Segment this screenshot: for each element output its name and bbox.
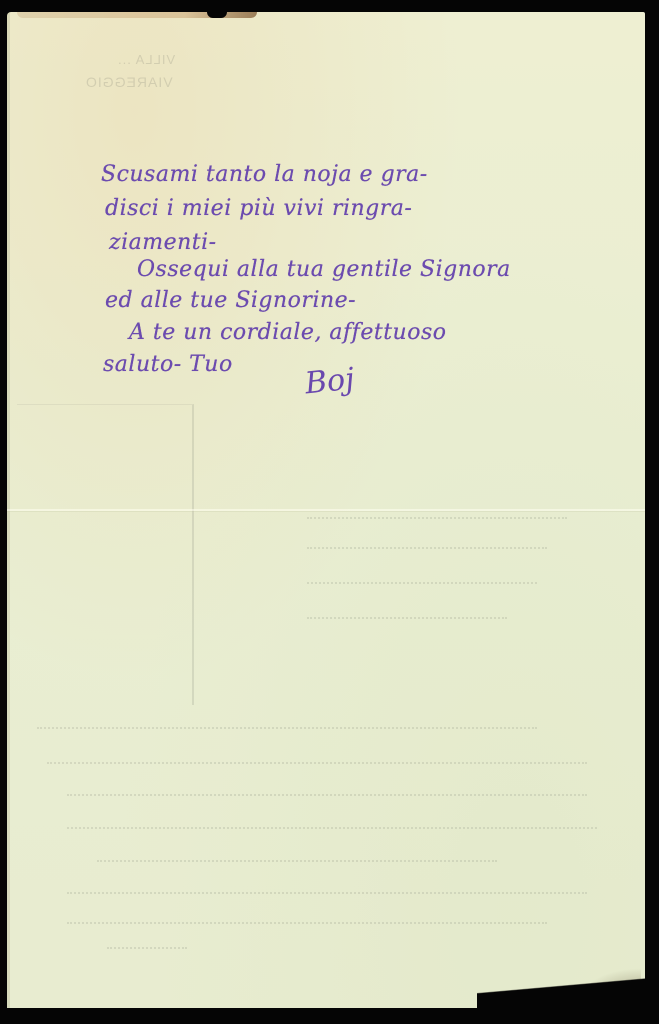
reverse-side-bleed-line <box>97 860 497 863</box>
letter-line-6: A te un cordiale, affettuoso <box>129 320 446 345</box>
letter-line-1: Scusami tanto la noja e gra- <box>101 162 428 187</box>
reverse-side-bleed-line <box>67 892 587 895</box>
letter-line-5: ed alle tue Signorine- <box>105 288 356 313</box>
letter-line-4: Ossequi alla tua gentile Signora <box>137 257 511 282</box>
letterhead-bleed-line-1: VILLA ... <box>117 52 175 67</box>
reverse-side-bleed-line <box>67 794 587 797</box>
reverse-side-bleed-line <box>47 762 587 765</box>
letter-line-2: disci i miei più vivi ringra- <box>105 196 412 221</box>
letter-line-3: ziamenti- <box>109 230 217 255</box>
letterhead-bleed-line-2: VIAREGGIO <box>85 74 173 90</box>
reverse-side-bleed-line <box>37 727 537 730</box>
reverse-side-bleed-line <box>67 922 547 925</box>
reverse-side-bleed-line <box>307 582 537 585</box>
reverse-side-bleed-line <box>307 517 567 520</box>
letter-page: VILLA ... VIAREGGIO Scusami tanto la noj… <box>7 12 645 1008</box>
paper-fold-crease <box>7 509 645 511</box>
reverse-side-bleed-line <box>107 947 187 950</box>
reverse-side-bleed-line <box>307 547 547 550</box>
reverse-side-bleed-line <box>307 617 507 620</box>
top-edge-tear <box>207 12 227 18</box>
letter-line-7: saluto- Tuo <box>103 352 233 377</box>
reverse-side-bleed-line <box>67 827 597 830</box>
page-corner-curl <box>477 968 645 1008</box>
reverse-side-bleed-box <box>17 404 194 705</box>
signature: Boj <box>303 362 356 402</box>
